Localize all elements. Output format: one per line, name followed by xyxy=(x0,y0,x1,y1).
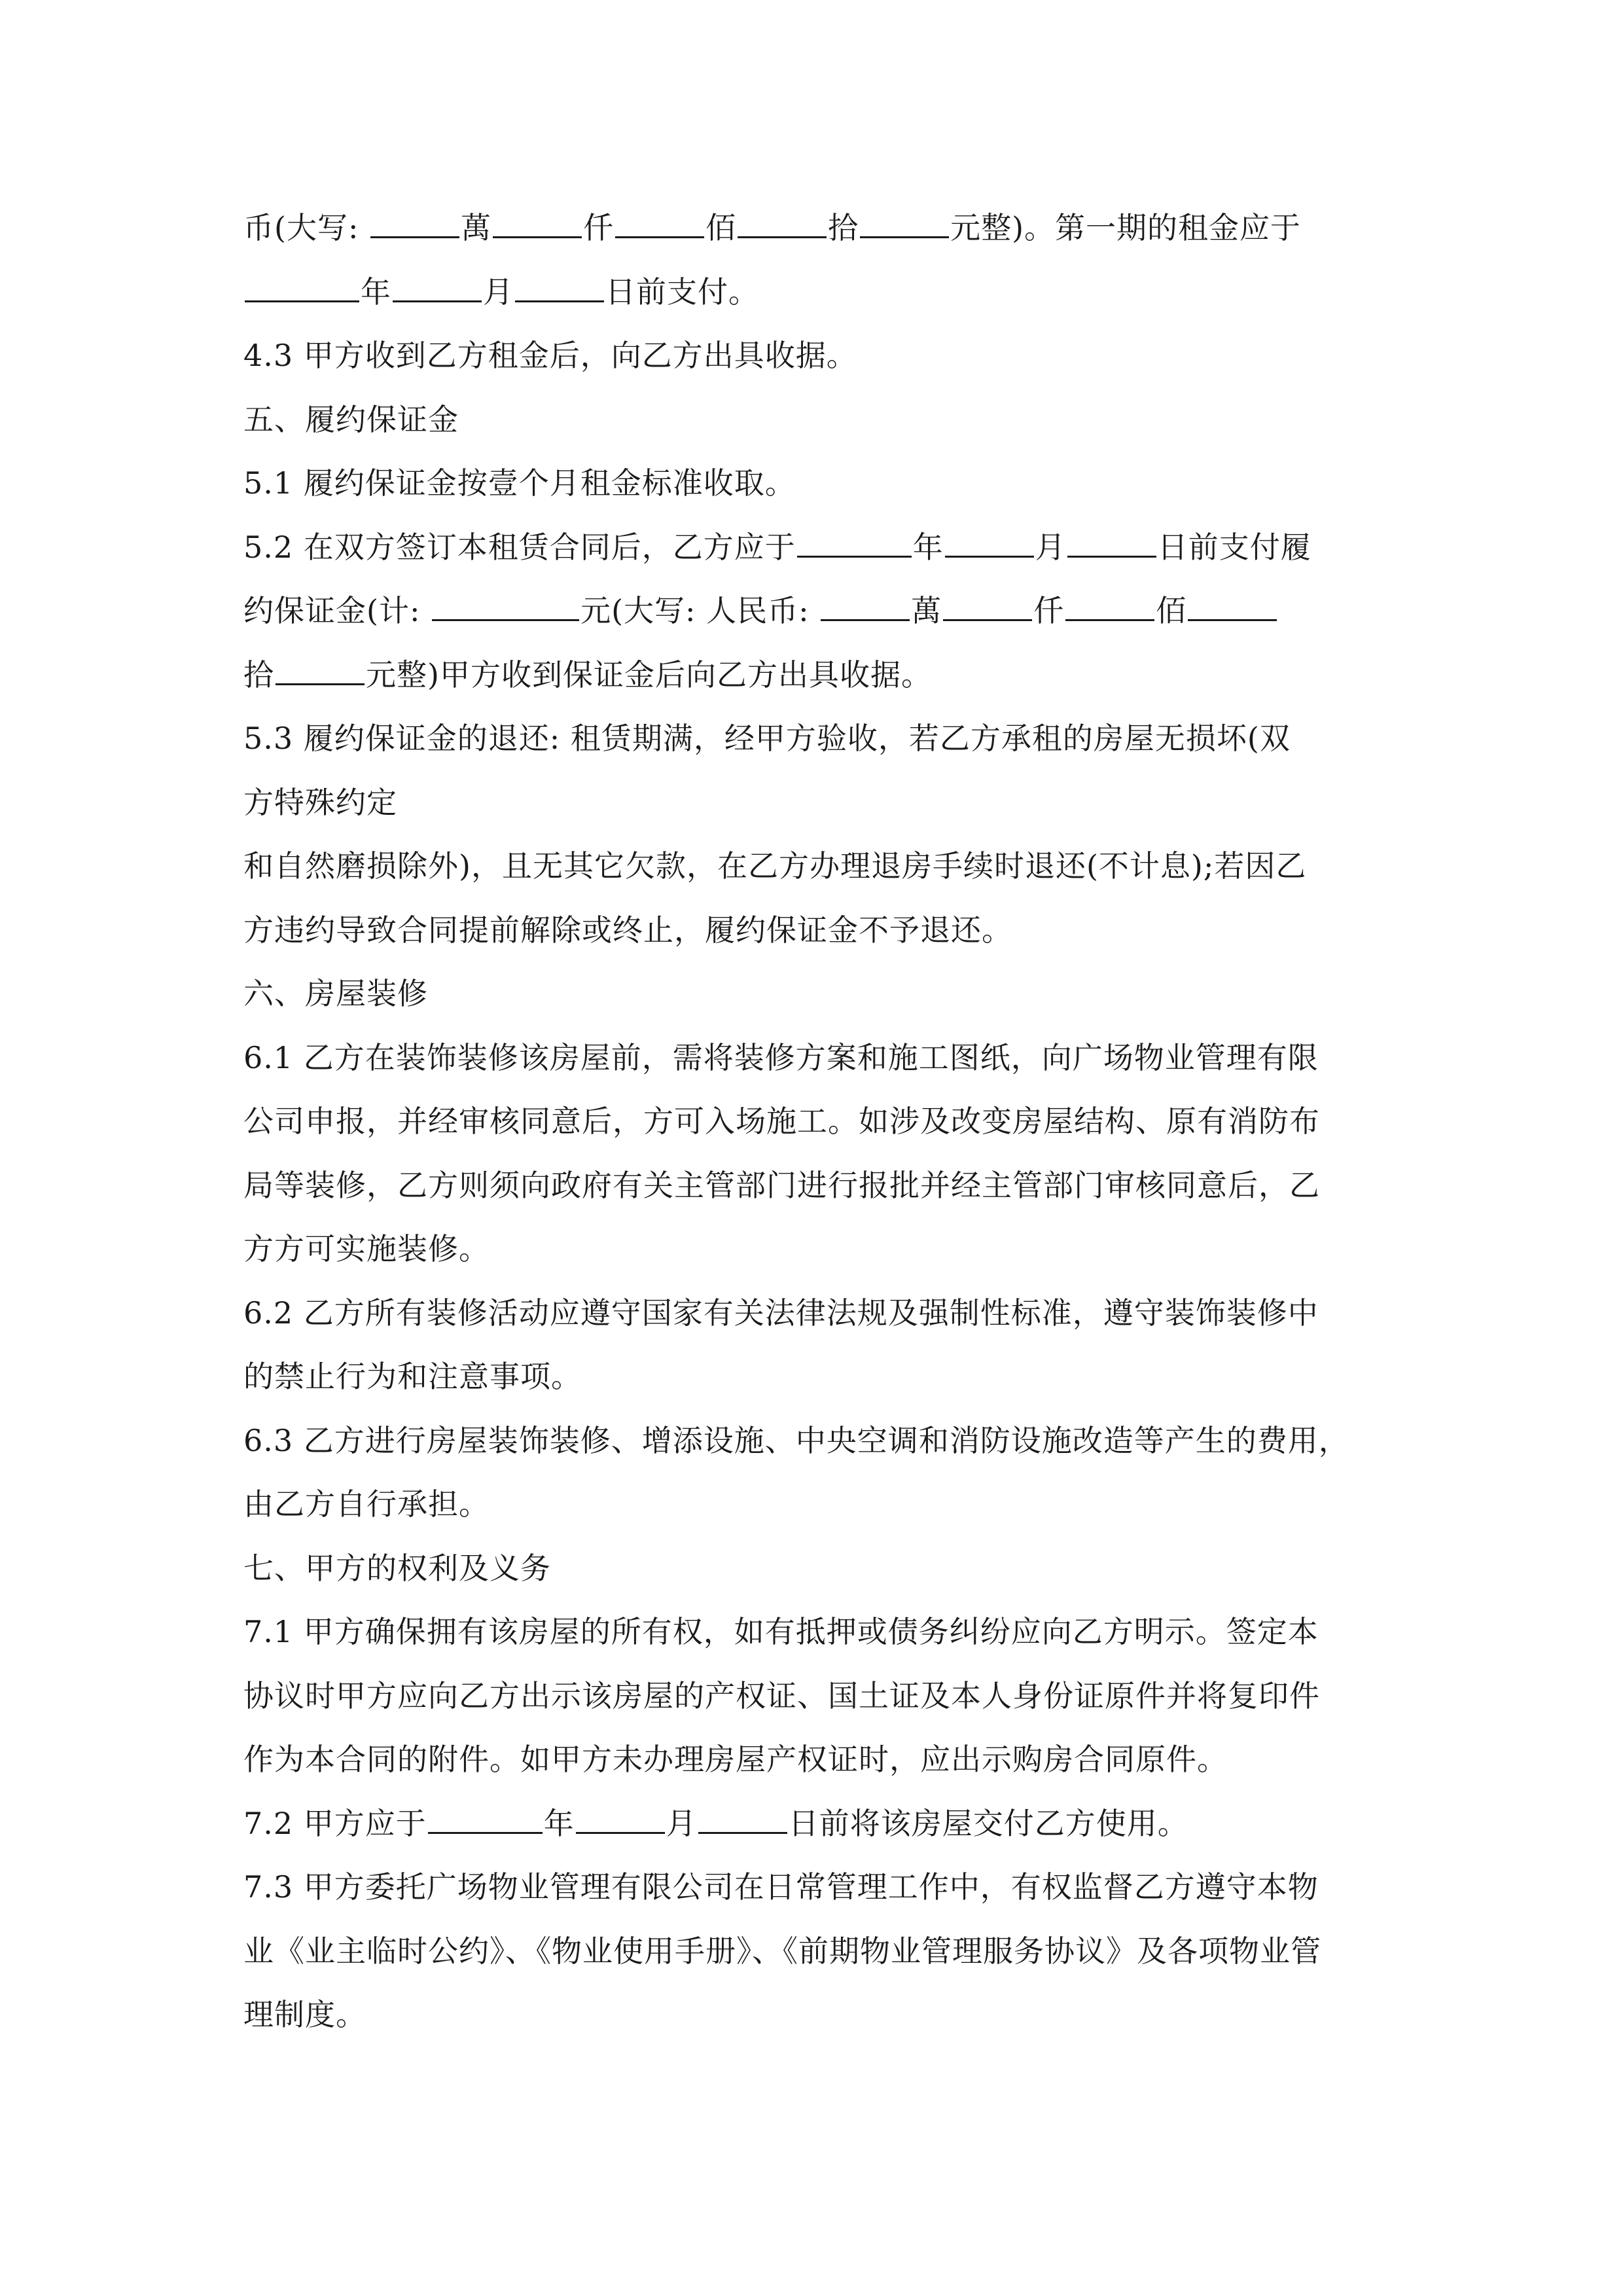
text-segment: 元(大写: 人民币: xyxy=(580,593,819,628)
blank-field-day[interactable] xyxy=(515,262,604,302)
text-segment: 佰 xyxy=(705,210,736,245)
section-heading-5: 五、履约保证金 xyxy=(243,388,1379,452)
clause-5-3-line-1: 5.3 履约保证金的退还: 租赁期满，经甲方验收，若乙方承租的房屋无损坏(双 xyxy=(243,707,1379,771)
clause-6-2-line-1: 6.2 乙方所有装修活动应遵守国家有关法律法规及强制性标准，遵守装饰装修中 xyxy=(243,1282,1379,1346)
clause-4-3: 4.3 甲方收到乙方租金后，向乙方出具收据。 xyxy=(243,324,1379,388)
rent-amount-line: 币(大写: 萬仟佰拾元整)。第一期的租金应于 xyxy=(243,196,1379,260)
text-segment: 币(大写: xyxy=(243,210,369,245)
text-segment: 拾 xyxy=(243,657,274,692)
clause-5-3-line-4: 方违约导致合同提前解除或终止，履约保证金不予退还。 xyxy=(243,899,1379,963)
text-segment: 元整)甲方收到保证金后向乙方出具收据。 xyxy=(366,657,932,692)
clause-6-1-line-4: 方方可实施装修。 xyxy=(243,1217,1379,1282)
text-segment: 7.2 甲方应于 xyxy=(243,1806,427,1841)
clause-5-2-line-2: 约保证金(计: 元(大写: 人民币: 萬仟佰 xyxy=(243,579,1379,643)
text-segment: 拾 xyxy=(828,210,859,245)
clause-5-2-line-3: 拾元整)甲方收到保证金后向乙方出具收据。 xyxy=(243,643,1379,708)
blank-field-year[interactable] xyxy=(245,262,359,302)
text-segment: 萬 xyxy=(461,210,491,245)
blank-field-month[interactable] xyxy=(393,262,482,302)
blank-field-month[interactable] xyxy=(576,1794,665,1834)
clause-6-2-line-2: 的禁止行为和注意事项。 xyxy=(243,1345,1379,1409)
clause-7-1-line-2: 协议时甲方应向乙方出示该房屋的产权证、国土证及本人身份证原件并将复印件 xyxy=(243,1664,1379,1729)
clause-7-2: 7.2 甲方应于年月日前将该房屋交付乙方使用。 xyxy=(243,1792,1379,1856)
text-segment: 年 xyxy=(913,529,944,565)
blank-field[interactable] xyxy=(1065,581,1154,621)
clause-6-3-line-1: 6.3 乙方进行房屋装饰装修、增添设施、中央空调和消防设施改造等产生的费用， xyxy=(243,1409,1379,1473)
clause-6-1-line-3: 局等装修，乙方则须向政府有关主管部门进行报批并经主管部门审核同意后，乙 xyxy=(243,1154,1379,1218)
blank-field-day[interactable] xyxy=(1067,518,1156,558)
text-segment: 萬 xyxy=(911,593,942,628)
blank-field[interactable] xyxy=(821,581,910,621)
text-segment: 佰 xyxy=(1156,593,1186,628)
text-segment: 年 xyxy=(544,1806,575,1841)
clause-6-3-line-2: 由乙方自行承担。 xyxy=(243,1473,1379,1537)
blank-field-year[interactable] xyxy=(428,1794,543,1834)
text-segment: 月 xyxy=(666,1806,697,1841)
blank-field[interactable] xyxy=(738,198,827,238)
blank-field[interactable] xyxy=(860,198,949,238)
clause-5-3-line-3: 和自然磨损除外)，且无其它欠款，在乙方办理退房手续时退还(不计息);若因乙 xyxy=(243,834,1379,899)
text-segment: 日前支付履 xyxy=(1158,529,1311,565)
clause-5-2-line-1: 5.2 在双方签订本租赁合同后，乙方应于年月日前支付履 xyxy=(243,516,1379,580)
blank-field[interactable] xyxy=(493,198,582,238)
clause-7-3-line-3: 理制度。 xyxy=(243,1983,1379,2047)
text-segment: 日前支付。 xyxy=(605,274,759,310)
clause-7-1-line-3: 作为本合同的附件。如甲方未办理房屋产权证时，应出示购房合同原件。 xyxy=(243,1728,1379,1792)
blank-field[interactable] xyxy=(1188,581,1277,621)
clause-6-1-line-2: 公司申报，并经审核同意后，方可入场施工。如涉及改变房屋结构、原有消防布 xyxy=(243,1090,1379,1154)
clause-7-1-line-1: 7.1 甲方确保拥有该房屋的所有权，如有抵押或债务纠纷应向乙方明示。签定本 xyxy=(243,1600,1379,1664)
clause-7-3-line-2: 业《业主临时公约》、《物业使用手册》、《前期物业管理服务协议》及各项物业管 xyxy=(243,1920,1379,1984)
blank-field-amount[interactable] xyxy=(432,581,579,621)
clause-5-1: 5.1 履约保证金按壹个月租金标准收取。 xyxy=(243,452,1379,516)
text-segment: 月 xyxy=(1035,529,1066,565)
section-heading-6: 六、房屋装修 xyxy=(243,962,1379,1026)
text-segment: 月 xyxy=(483,274,514,310)
section-heading-7: 七、甲方的权利及义务 xyxy=(243,1537,1379,1601)
text-segment: 仟 xyxy=(1033,593,1064,628)
clause-5-3-line-2: 方特殊约定 xyxy=(243,771,1379,835)
text-segment: 约保证金(计: xyxy=(243,593,431,628)
blank-field-month[interactable] xyxy=(945,518,1034,558)
clause-7-3-line-1: 7.3 甲方委托广场物业管理有限公司在日常管理工作中，有权监督乙方遵守本物 xyxy=(243,1856,1379,1920)
text-segment: 日前将该房屋交付乙方使用。 xyxy=(789,1806,1188,1841)
first-payment-date-line: 年月日前支付。 xyxy=(243,260,1379,325)
blank-field[interactable] xyxy=(276,645,365,685)
blank-field[interactable] xyxy=(370,198,459,238)
text-segment: 仟 xyxy=(583,210,614,245)
clause-6-1-line-1: 6.1 乙方在装饰装修该房屋前，需将装修方案和施工图纸，向广场物业管理有限 xyxy=(243,1026,1379,1090)
text-segment: 年 xyxy=(361,274,391,310)
blank-field[interactable] xyxy=(943,581,1032,621)
document-page: 币(大写: 萬仟佰拾元整)。第一期的租金应于 年月日前支付。 4.3 甲方收到乙… xyxy=(243,196,1379,2047)
blank-field-day[interactable] xyxy=(698,1794,787,1834)
text-segment: 5.2 在双方签订本租赁合同后，乙方应于 xyxy=(243,529,796,565)
blank-field-year[interactable] xyxy=(797,518,912,558)
text-segment: 元整)。第一期的租金应于 xyxy=(950,210,1301,245)
blank-field[interactable] xyxy=(615,198,704,238)
